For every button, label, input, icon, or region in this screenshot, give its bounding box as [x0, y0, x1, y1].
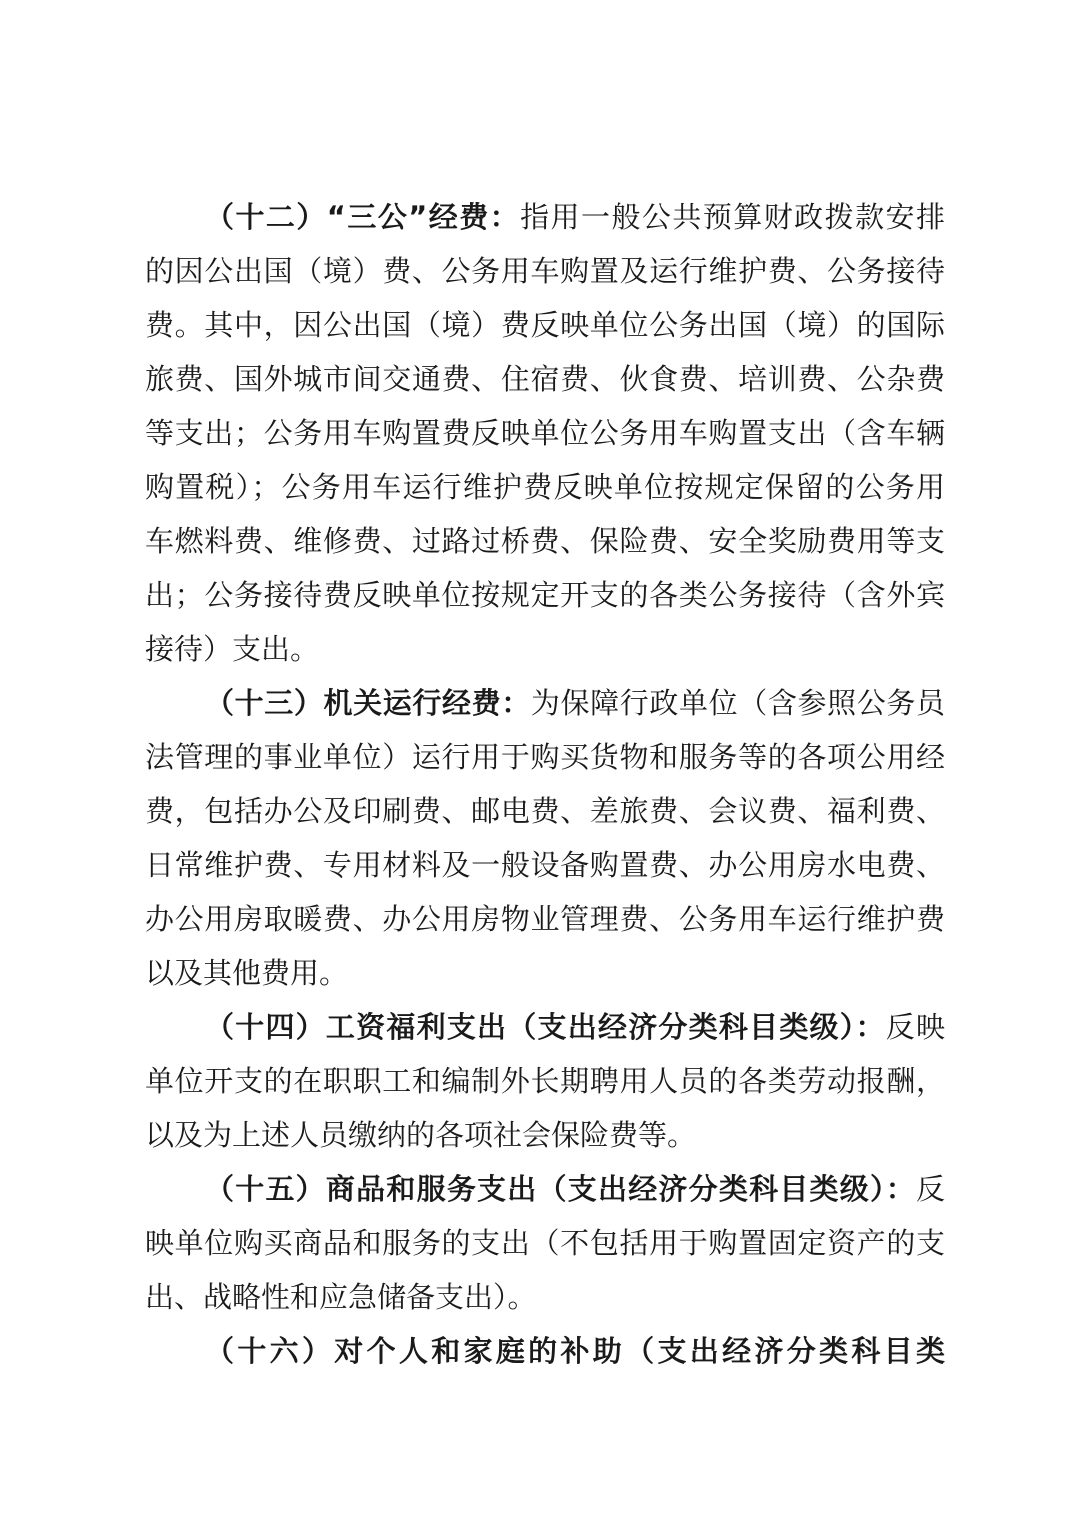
paragraph-line: （十六）对个人和家庭的补助（支出经济分类科目类 — [145, 1324, 945, 1378]
paragraph-line: 等支出；公务用车购置费反映单位公务用车购置支出（含车辆 — [145, 406, 945, 460]
paragraph-15-goods-services: （十五）商品和服务支出（支出经济分类科目类级）：反 映单位购买商品和服务的支出（… — [145, 1162, 945, 1324]
paragraph-line: 出；公务接待费反映单位按规定开支的各类公务接待（含外宾 — [145, 568, 945, 622]
paragraph-line: （十四）工资福利支出（支出经济分类科目类级）：反映 — [145, 1000, 945, 1054]
paragraph-line: 费。其中，因公出国（境）费反映单位公务出国（境）的国际 — [145, 298, 945, 352]
paragraph-line: 法管理的事业单位）运行用于购买货物和服务等的各项公用经 — [145, 730, 945, 784]
paragraph-line: 以及为上述人员缴纳的各项社会保险费等。 — [145, 1108, 945, 1162]
section-heading: （十五）商品和服务支出（支出经济分类科目类级）： — [205, 1172, 916, 1206]
paragraph-14-wages-welfare: （十四）工资福利支出（支出经济分类科目类级）：反映 单位开支的在职职工和编制外长… — [145, 1000, 945, 1162]
paragraph-line: （十三）机关运行经费：为保障行政单位（含参照公务员 — [145, 676, 945, 730]
section-heading: （十六）对个人和家庭的补助（支出经济分类科目类 — [205, 1334, 945, 1368]
paragraph-line: 费，包括办公及印刷费、邮电费、差旅费、会议费、福利费、 — [145, 784, 945, 838]
paragraph-line: 单位开支的在职职工和编制外长期聘用人员的各类劳动报酬， — [145, 1054, 945, 1108]
document-page: （十二）“三公”经费：指用一般公共预算财政拨款安排 的因公出国（境）费、公务用车… — [145, 190, 945, 1378]
body-text: 为保障行政单位（含参照公务员 — [531, 686, 945, 720]
section-heading: （十三）机关运行经费： — [205, 686, 531, 720]
paragraph-line: 接待）支出。 — [145, 622, 945, 676]
body-text: 指用一般公共预算财政拨款安排 — [520, 200, 945, 234]
paragraph-line: 以及其他费用。 — [145, 946, 945, 1000]
paragraph-line: 日常维护费、专用材料及一般设备购置费、办公用房水电费、 — [145, 838, 945, 892]
paragraph-line: 映单位购买商品和服务的支出（不包括用于购置固定资产的支 — [145, 1216, 945, 1270]
paragraph-12-sangong-funds: （十二）“三公”经费：指用一般公共预算财政拨款安排 的因公出国（境）费、公务用车… — [145, 190, 945, 676]
body-text: 反映 — [886, 1010, 945, 1044]
paragraph-16-personal-household-subsidies: （十六）对个人和家庭的补助（支出经济分类科目类 — [145, 1324, 945, 1378]
paragraph-line: （十五）商品和服务支出（支出经济分类科目类级）：反 — [145, 1162, 945, 1216]
body-text: 反 — [916, 1172, 945, 1206]
paragraph-line: （十二）“三公”经费：指用一般公共预算财政拨款安排 — [145, 190, 945, 244]
paragraph-line: 的因公出国（境）费、公务用车购置及运行维护费、公务接待 — [145, 244, 945, 298]
paragraph-line: 办公用房取暖费、办公用房物业管理费、公务用车运行维护费 — [145, 892, 945, 946]
section-heading: （十四）工资福利支出（支出经济分类科目类级）： — [205, 1010, 886, 1044]
section-heading: （十二）“三公”经费： — [205, 200, 520, 234]
paragraph-line: 出、战略性和应急储备支出）。 — [145, 1270, 945, 1324]
paragraph-line: 旅费、国外城市间交通费、住宿费、伙食费、培训费、公杂费 — [145, 352, 945, 406]
paragraph-line: 车燃料费、维修费、过路过桥费、保险费、安全奖励费用等支 — [145, 514, 945, 568]
paragraph-line: 购置税）；公务用车运行维护费反映单位按规定保留的公务用 — [145, 460, 945, 514]
paragraph-13-operating-funds: （十三）机关运行经费：为保障行政单位（含参照公务员 法管理的事业单位）运行用于购… — [145, 676, 945, 1000]
